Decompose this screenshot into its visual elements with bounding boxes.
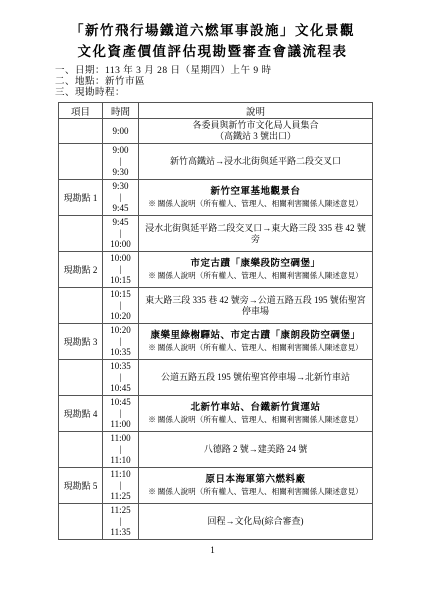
- description-cell: 回程→文化局(綜合審查): [139, 504, 373, 540]
- item-cell: [59, 216, 103, 252]
- item-cell: 現勘點 3: [59, 324, 103, 360]
- header-row: 項目時間說明: [59, 103, 373, 119]
- table-row: 10:35 | 10:45公道五路五段 195 號佑聖宮停車場→北新竹車站: [59, 360, 373, 396]
- item-cell: 現勘點 4: [59, 396, 103, 432]
- table-row: 9:45 | 10:00浸水北街與延平路二段交叉口→東大路三段 335 巷 42…: [59, 216, 373, 252]
- document-title: 「新竹飛行場鐵道六燃軍事設施」文化景觀 文化資產價值評估現勘暨審查會議流程表: [0, 0, 425, 62]
- time-cell: 11:10 | 11:25: [103, 468, 139, 504]
- stakeholder-note: ※ 關係人說明（所有權人、管理人、相關利害關係人陳述意見）: [142, 486, 369, 497]
- time-cell: 10:00 | 10:15: [103, 252, 139, 288]
- schedule-table-header: 項目時間說明: [59, 103, 373, 119]
- stakeholder-note: ※ 關係人說明（所有權人、管理人、相關利害關係人陳述意見）: [142, 270, 369, 281]
- table-row: 10:15 | 10:20東大路三段 335 巷 42 號旁→公道五路五段 19…: [59, 288, 373, 324]
- item-cell: [59, 360, 103, 396]
- table-row: 現勘點 410:45 | 11:00北新竹車站、台鐵新竹貨運站※ 關係人說明（所…: [59, 396, 373, 432]
- description-cell: 市定古蹟「康樂段防空碉堡」※ 關係人說明（所有權人、管理人、相關利害關係人陳述意…: [139, 252, 373, 288]
- description-cell: 新竹高鐵站→浸水北街與延平路二段交叉口: [139, 144, 373, 180]
- meta-location: 二、地點：新竹市區: [55, 77, 425, 88]
- description-line: 東大路三段 335 巷 42 號旁→公道五路五段 195 號佑聖宮: [142, 295, 369, 306]
- table-row: 現勘點 310:20 | 10:35康樂里綠榭驛站、市定古蹟「康朗段防空碉堡」※…: [59, 324, 373, 360]
- time-cell: 10:20 | 10:35: [103, 324, 139, 360]
- table-row: 現勘點 210:00 | 10:15市定古蹟「康樂段防空碉堡」※ 關係人說明（所…: [59, 252, 373, 288]
- site-title: 新竹空軍基地觀景台: [142, 187, 369, 198]
- time-cell: 9:00 | 9:30: [103, 144, 139, 180]
- site-title: 北新竹車站、台鐵新竹貨運站: [142, 403, 369, 414]
- time-cell: 10:35 | 10:45: [103, 360, 139, 396]
- description-line: 八德路 2 號→建美路 24 號: [142, 444, 369, 455]
- item-cell: [59, 504, 103, 540]
- time-cell: 9:30 | 9:45: [103, 180, 139, 216]
- item-cell: 現勘點 5: [59, 468, 103, 504]
- item-cell: [59, 119, 103, 144]
- description-line: 回程→文化局(綜合審查): [142, 516, 369, 527]
- description-line: 旁: [142, 234, 369, 245]
- meta-date: 一、日期：113 年 3 月 28 日（星期四）上午 9 時: [55, 66, 425, 77]
- description-cell: 公道五路五段 195 號佑聖宮停車場→北新竹車站: [139, 360, 373, 396]
- site-title: 康樂里綠榭驛站、市定古蹟「康朗段防空碉堡」: [142, 331, 369, 342]
- schedule-table-body: 9:00各委員與新竹市文化局人員集合（高鐵站 3 號出口）9:00 | 9:30…: [59, 119, 373, 540]
- meta-schedule-label: 三、現勘時程：: [55, 88, 425, 99]
- description-line: （高鐵站 3 號出口）: [142, 131, 369, 142]
- time-cell: 11:00 | 11:10: [103, 432, 139, 468]
- item-cell: [59, 432, 103, 468]
- schedule-table: 項目時間說明 9:00各委員與新竹市文化局人員集合（高鐵站 3 號出口）9:00…: [58, 102, 373, 540]
- stakeholder-note: ※ 關係人說明（所有權人、管理人、相關利害關係人陳述意見）: [142, 198, 369, 209]
- column-header: 時間: [103, 103, 139, 119]
- description-cell: 八德路 2 號→建美路 24 號: [139, 432, 373, 468]
- description-line: 公道五路五段 195 號佑聖宮停車場→北新竹車站: [142, 372, 369, 383]
- table-row: 9:00 | 9:30新竹高鐵站→浸水北街與延平路二段交叉口: [59, 144, 373, 180]
- table-row: 9:00各委員與新竹市文化局人員集合（高鐵站 3 號出口）: [59, 119, 373, 144]
- document-page: 「新竹飛行場鐵道六燃軍事設施」文化景觀 文化資產價值評估現勘暨審查會議流程表 一…: [0, 0, 425, 600]
- title-line-1: 「新竹飛行場鐵道六燃軍事設施」文化景觀: [0, 20, 425, 41]
- description-cell: 東大路三段 335 巷 42 號旁→公道五路五段 195 號佑聖宮停車場: [139, 288, 373, 324]
- site-title: 原日本海軍第六燃料廠: [142, 475, 369, 486]
- column-header: 項目: [59, 103, 103, 119]
- description-line: 新竹高鐵站→浸水北街與延平路二段交叉口: [142, 156, 369, 167]
- description-cell: 康樂里綠榭驛站、市定古蹟「康朗段防空碉堡」※ 關係人說明（所有權人、管理人、相關…: [139, 324, 373, 360]
- description-cell: 新竹空軍基地觀景台※ 關係人說明（所有權人、管理人、相關利害關係人陳述意見）: [139, 180, 373, 216]
- table-row: 現勘點 19:30 | 9:45新竹空軍基地觀景台※ 關係人說明（所有權人、管理…: [59, 180, 373, 216]
- page-number: 1: [0, 545, 425, 555]
- description-cell: 原日本海軍第六燃料廠※ 關係人說明（所有權人、管理人、相關利害關係人陳述意見）: [139, 468, 373, 504]
- time-cell: 9:00: [103, 119, 139, 144]
- time-cell: 9:45 | 10:00: [103, 216, 139, 252]
- description-cell: 浸水北街與延平路二段交叉口→東大路三段 335 巷 42 號旁: [139, 216, 373, 252]
- site-title: 市定古蹟「康樂段防空碉堡」: [142, 259, 369, 270]
- description-line: 各委員與新竹市文化局人員集合: [142, 120, 369, 131]
- table-row: 11:00 | 11:10八德路 2 號→建美路 24 號: [59, 432, 373, 468]
- table-row: 現勘點 511:10 | 11:25原日本海軍第六燃料廠※ 關係人說明（所有權人…: [59, 468, 373, 504]
- stakeholder-note: ※ 關係人說明（所有權人、管理人、相關利害關係人陳述意見）: [142, 414, 369, 425]
- item-cell: [59, 144, 103, 180]
- title-line-2: 文化資產價值評估現勘暨審查會議流程表: [0, 41, 425, 62]
- time-cell: 10:45 | 11:00: [103, 396, 139, 432]
- time-cell: 10:15 | 10:20: [103, 288, 139, 324]
- description-line: 停車場: [142, 306, 369, 317]
- description-line: 浸水北街與延平路二段交叉口→東大路三段 335 巷 42 號: [142, 223, 369, 234]
- table-row: 11:25 | 11:35回程→文化局(綜合審查): [59, 504, 373, 540]
- stakeholder-note: ※ 關係人說明（所有權人、管理人、相關利害關係人陳述意見）: [142, 342, 369, 353]
- column-header: 說明: [139, 103, 373, 119]
- time-cell: 11:25 | 11:35: [103, 504, 139, 540]
- item-cell: 現勘點 2: [59, 252, 103, 288]
- meta-list: 一、日期：113 年 3 月 28 日（星期四）上午 9 時 二、地點：新竹市區…: [55, 66, 425, 99]
- description-cell: 北新竹車站、台鐵新竹貨運站※ 關係人說明（所有權人、管理人、相關利害關係人陳述意…: [139, 396, 373, 432]
- description-cell: 各委員與新竹市文化局人員集合（高鐵站 3 號出口）: [139, 119, 373, 144]
- item-cell: 現勘點 1: [59, 180, 103, 216]
- item-cell: [59, 288, 103, 324]
